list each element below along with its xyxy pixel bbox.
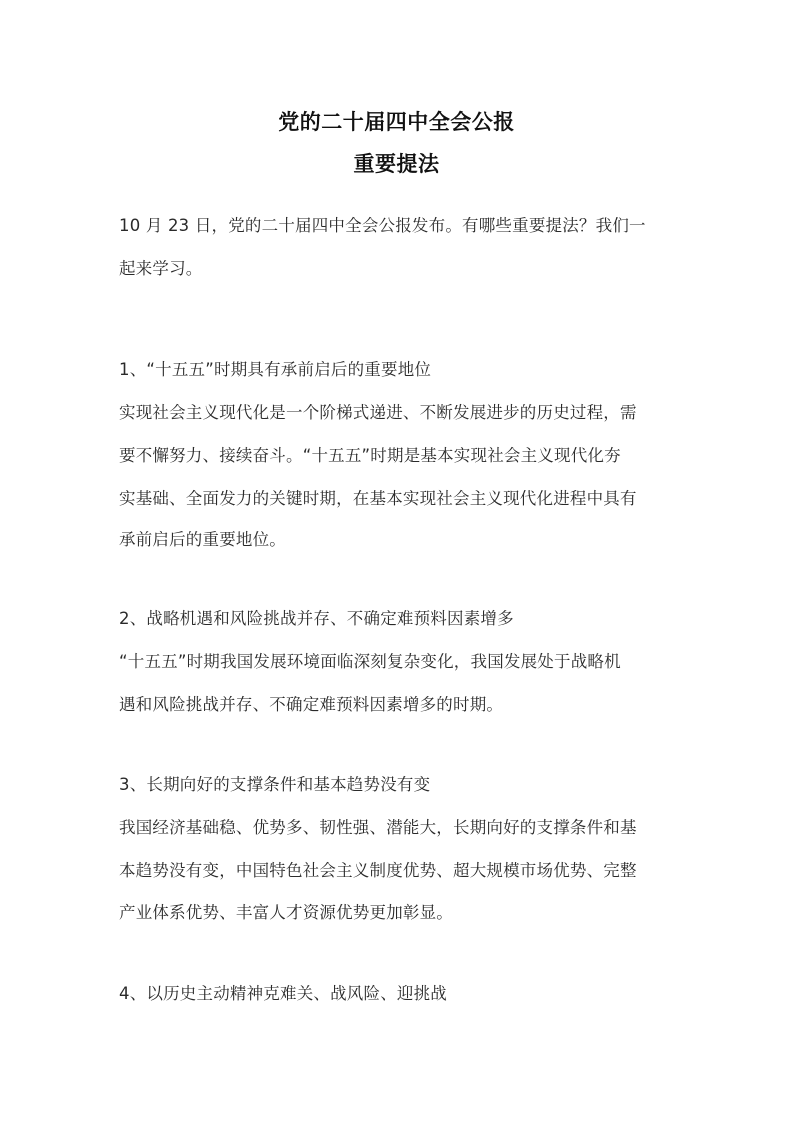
section-heading: 3、长期向好的支撑条件和基本趋势没有变 — [119, 771, 430, 795]
intro-line: 10 月 23 日，党的二十届四中全会公报发布。有哪些重要提法？我们一 — [119, 212, 646, 236]
section-body-line: “十五五”时期我国发展环境面临深刻复杂变化，我国发展处于战略机 — [119, 648, 621, 672]
section-body-line: 遇和风险挑战并存、不确定难预料因素增多的时期。 — [119, 691, 503, 715]
section-heading: 2、战略机遇和风险挑战并存、不确定难预料因素增多 — [119, 605, 514, 629]
intro-line: 起来学习。 — [119, 255, 203, 279]
section-body-line: 本趋势没有变，中国特色社会主义制度优势、超大规模市场优势、完整 — [119, 857, 637, 881]
section-body-line: 我国经济基础稳、优势多、韧性强、潜能大，长期向好的支撑条件和基 — [119, 814, 637, 838]
section-heading: 4、以历史主动精神克难关、战风险、迎挑战 — [119, 980, 447, 1004]
section-body-line: 承前启后的重要地位。 — [119, 526, 286, 550]
document-subtitle: 重要提法 — [0, 148, 793, 178]
document-title: 党的二十届四中全会公报 — [0, 106, 793, 136]
section-heading: 1、“十五五”时期具有承前启后的重要地位 — [119, 356, 431, 380]
document-page: 党的二十届四中全会公报 重要提法 10 月 23 日，党的二十届四中全会公报发布… — [0, 0, 793, 1122]
section-body-line: 实现社会主义现代化是一个阶梯式递进、不断发展进步的历史过程，需 — [119, 399, 637, 423]
section-body-line: 要不懈努力、接续奋斗。“十五五”时期是基本实现社会主义现代化夯 — [119, 442, 621, 466]
section-body-line: 实基础、全面发力的关键时期，在基本实现社会主义现代化进程中具有 — [119, 485, 637, 509]
section-body-line: 产业体系优势、丰富人才资源优势更加彰显。 — [119, 899, 453, 923]
